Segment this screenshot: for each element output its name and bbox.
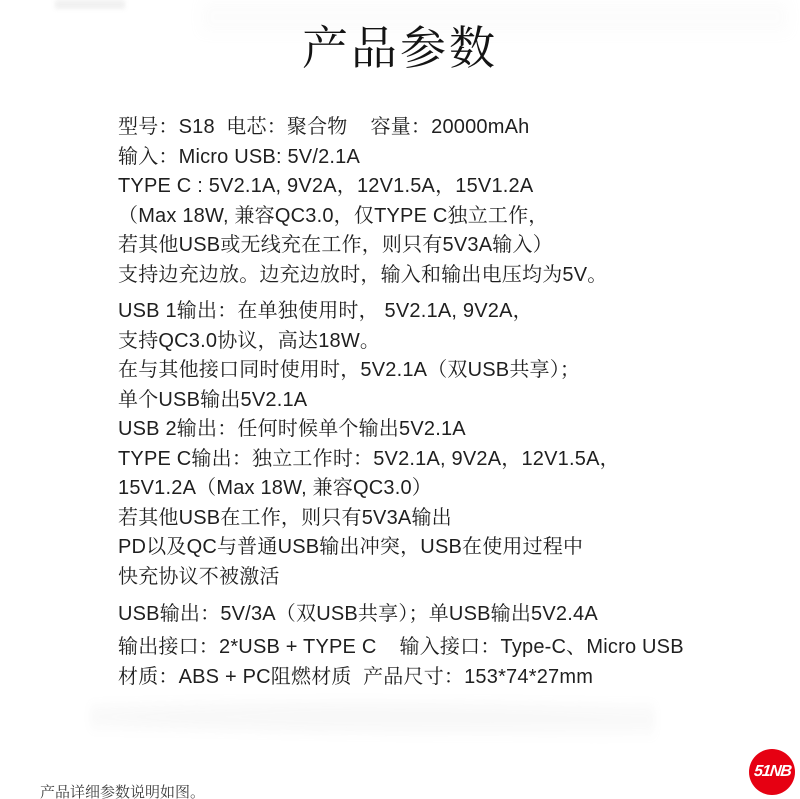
- spec-line: USB 1输出：在单独使用时， 5V2.1A, 9V2A，: [118, 297, 718, 327]
- spec-list: 型号：S18 电芯：聚合物 容量：20000mAh输入：Micro USB: 5…: [118, 113, 718, 693]
- scan-artifact-top: [55, 0, 125, 9]
- spec-line: 支持QC3.0协议，高达18W。: [118, 327, 718, 357]
- spec-line: （Max 18W, 兼容QC3.0，仅TYPE C独立工作，: [118, 202, 718, 232]
- spec-line: 单个USB输出5V2.1A: [118, 386, 718, 416]
- spec-line: 快充协议不被激活: [118, 563, 718, 593]
- spec-line: 输出接口：2*USB + TYPE C 输入接口：Type-C、Micro US…: [118, 633, 718, 663]
- spec-line: USB输出：5V/3A（双USB共享）；单USB输出5V2.4A: [118, 600, 718, 630]
- spec-line: 型号：S18 电芯：聚合物 容量：20000mAh: [118, 113, 718, 143]
- 51nb-logo-text: 51NB: [753, 763, 792, 781]
- spec-line: 材质：ABS + PC阻燃材质 产品尺寸：153*74*27mm: [118, 663, 718, 693]
- spec-line: 若其他USB在工作，则只有5V3A输出: [118, 504, 718, 534]
- spec-line: 15V1.2A（Max 18W, 兼容QC3.0）: [118, 474, 718, 504]
- spec-line: PD以及QC与普通USB输出冲突，USB在使用过程中: [118, 533, 718, 563]
- spec-line: TYPE C : 5V2.1A, 9V2A，12V1.5A，15V1.2A: [118, 172, 718, 202]
- 51nb-logo: 51NB: [749, 749, 795, 795]
- spec-line: USB 2输出：任何时候单个输出5V2.1A: [118, 415, 718, 445]
- product-spec-page: 产品参数 型号：S18 电芯：聚合物 容量：20000mAh输入：Micro U…: [0, 0, 800, 799]
- spec-line: 在与其他接口同时使用时，5V2.1A（双USB共享）；: [118, 356, 718, 386]
- footer-note: 产品详细参数说明如图。: [40, 783, 205, 799]
- ghost-watermark-band: [90, 698, 655, 740]
- spec-line: TYPE C输出：独立工作时：5V2.1A, 9V2A，12V1.5A，: [118, 445, 718, 475]
- spec-line: 若其他USB或无线充在工作，则只有5V3A输入）: [118, 231, 718, 261]
- spec-line: 输入：Micro USB: 5V/2.1A: [118, 143, 718, 173]
- spec-line: 支持边充边放。边充边放时，输入和输出电压均为5V。: [118, 261, 718, 291]
- page-title: 产品参数: [0, 22, 800, 74]
